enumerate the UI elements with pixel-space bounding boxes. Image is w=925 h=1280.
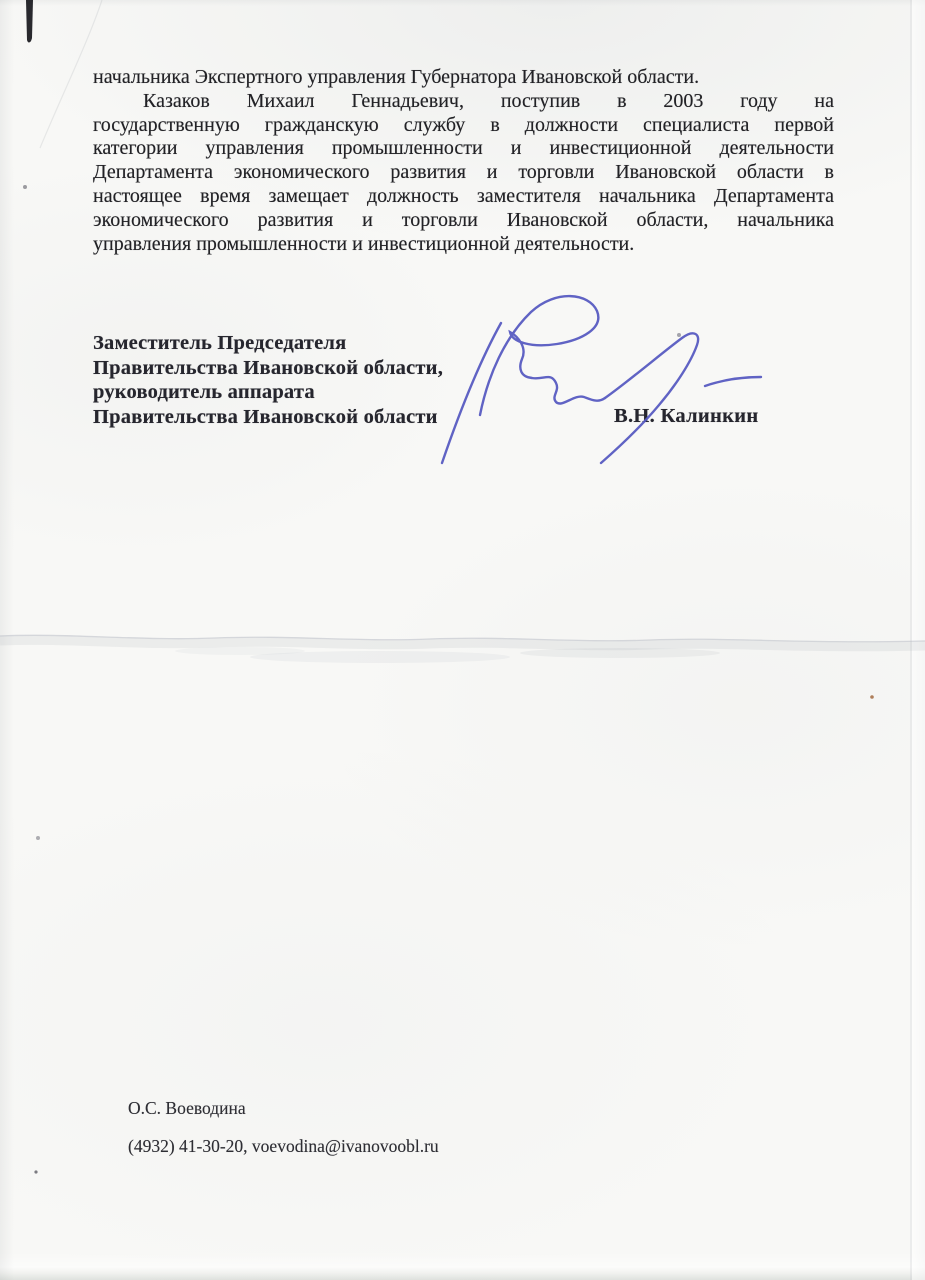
- contact-person-name: О.С. Воеводина: [128, 1098, 246, 1119]
- contact-phone-email: (4932) 41-30-20, voevodina@ivanovoobl.ru: [128, 1136, 439, 1157]
- scan-dot: [870, 695, 874, 699]
- scan-dot: [23, 185, 27, 189]
- fold-crease: [0, 635, 925, 663]
- signer-title-line: Правительства Ивановской области: [93, 405, 443, 430]
- body-line: экономического развития и торговли Ивано…: [93, 209, 834, 233]
- body-line: категории управления промышленности и ин…: [93, 137, 834, 161]
- body-line: Казаков Михаил Геннадьевич, поступив в 2…: [93, 90, 834, 114]
- signer-title-block: Заместитель Председателя Правительства И…: [93, 331, 443, 429]
- signer-name: В.Н. Калинкин: [614, 405, 758, 428]
- signature-ink: [442, 296, 761, 463]
- body-line: начальника Экспертного управления Губерн…: [93, 66, 834, 90]
- signer-title-line: Правительства Ивановской области,: [93, 356, 443, 381]
- body-line: настоящее время замещает должность замес…: [93, 185, 834, 209]
- scan-dot: [677, 333, 681, 337]
- body-line: управления промышленности и инвестиционн…: [93, 233, 834, 257]
- signer-title-line: руководитель аппарата: [93, 380, 443, 405]
- body-line: государственную гражданскую службу в дол…: [93, 114, 834, 138]
- paper-edge-seam: [911, 0, 925, 1280]
- scan-dot: [34, 1170, 37, 1173]
- scan-dot: [36, 836, 40, 840]
- letter-body-text: начальника Экспертного управления Губерн…: [93, 66, 834, 256]
- body-line: Департамента экономического развития и т…: [93, 161, 834, 185]
- signer-title-line: Заместитель Председателя: [93, 331, 443, 356]
- scanned-letter-page: начальника Экспертного управления Губерн…: [0, 0, 925, 1280]
- scan-artifact-mark: [26, 0, 33, 42]
